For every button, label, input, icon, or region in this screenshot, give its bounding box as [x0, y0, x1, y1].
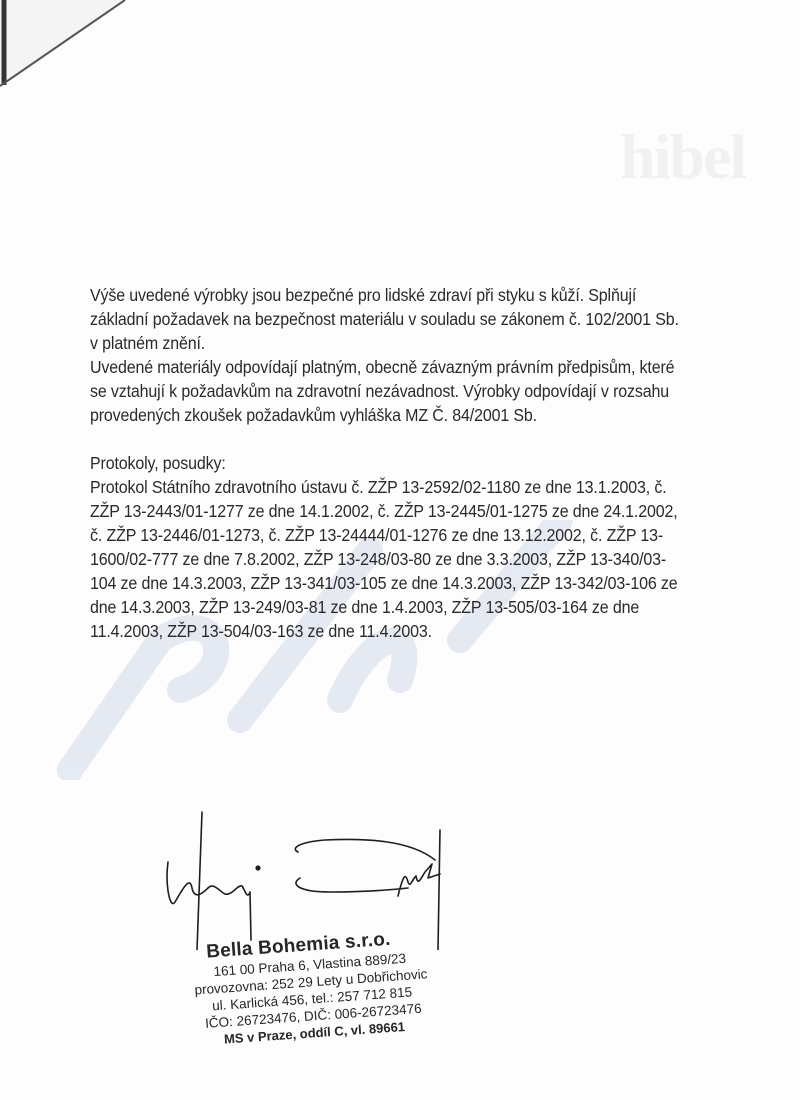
company-stamp: Bella Bohemia s.r.o. 161 00 Praha 6, Vla… — [158, 924, 465, 1052]
bleed-through-logo: hibel — [620, 120, 745, 194]
protocols-list: Protokol Státního zdravotního ústavu č. … — [90, 475, 789, 643]
protocols-heading: Protokoly, posudky: — [90, 451, 789, 475]
document-body: Výše uvedené výrobky jsou bezpečné pro l… — [90, 283, 789, 643]
paragraph-compliance: Uvedené materiály odpovídají platným, ob… — [90, 355, 789, 427]
page-corner-fold — [0, 0, 130, 90]
paragraph-safety: Výše uvedené výrobky jsou bezpečné pro l… — [90, 283, 789, 355]
